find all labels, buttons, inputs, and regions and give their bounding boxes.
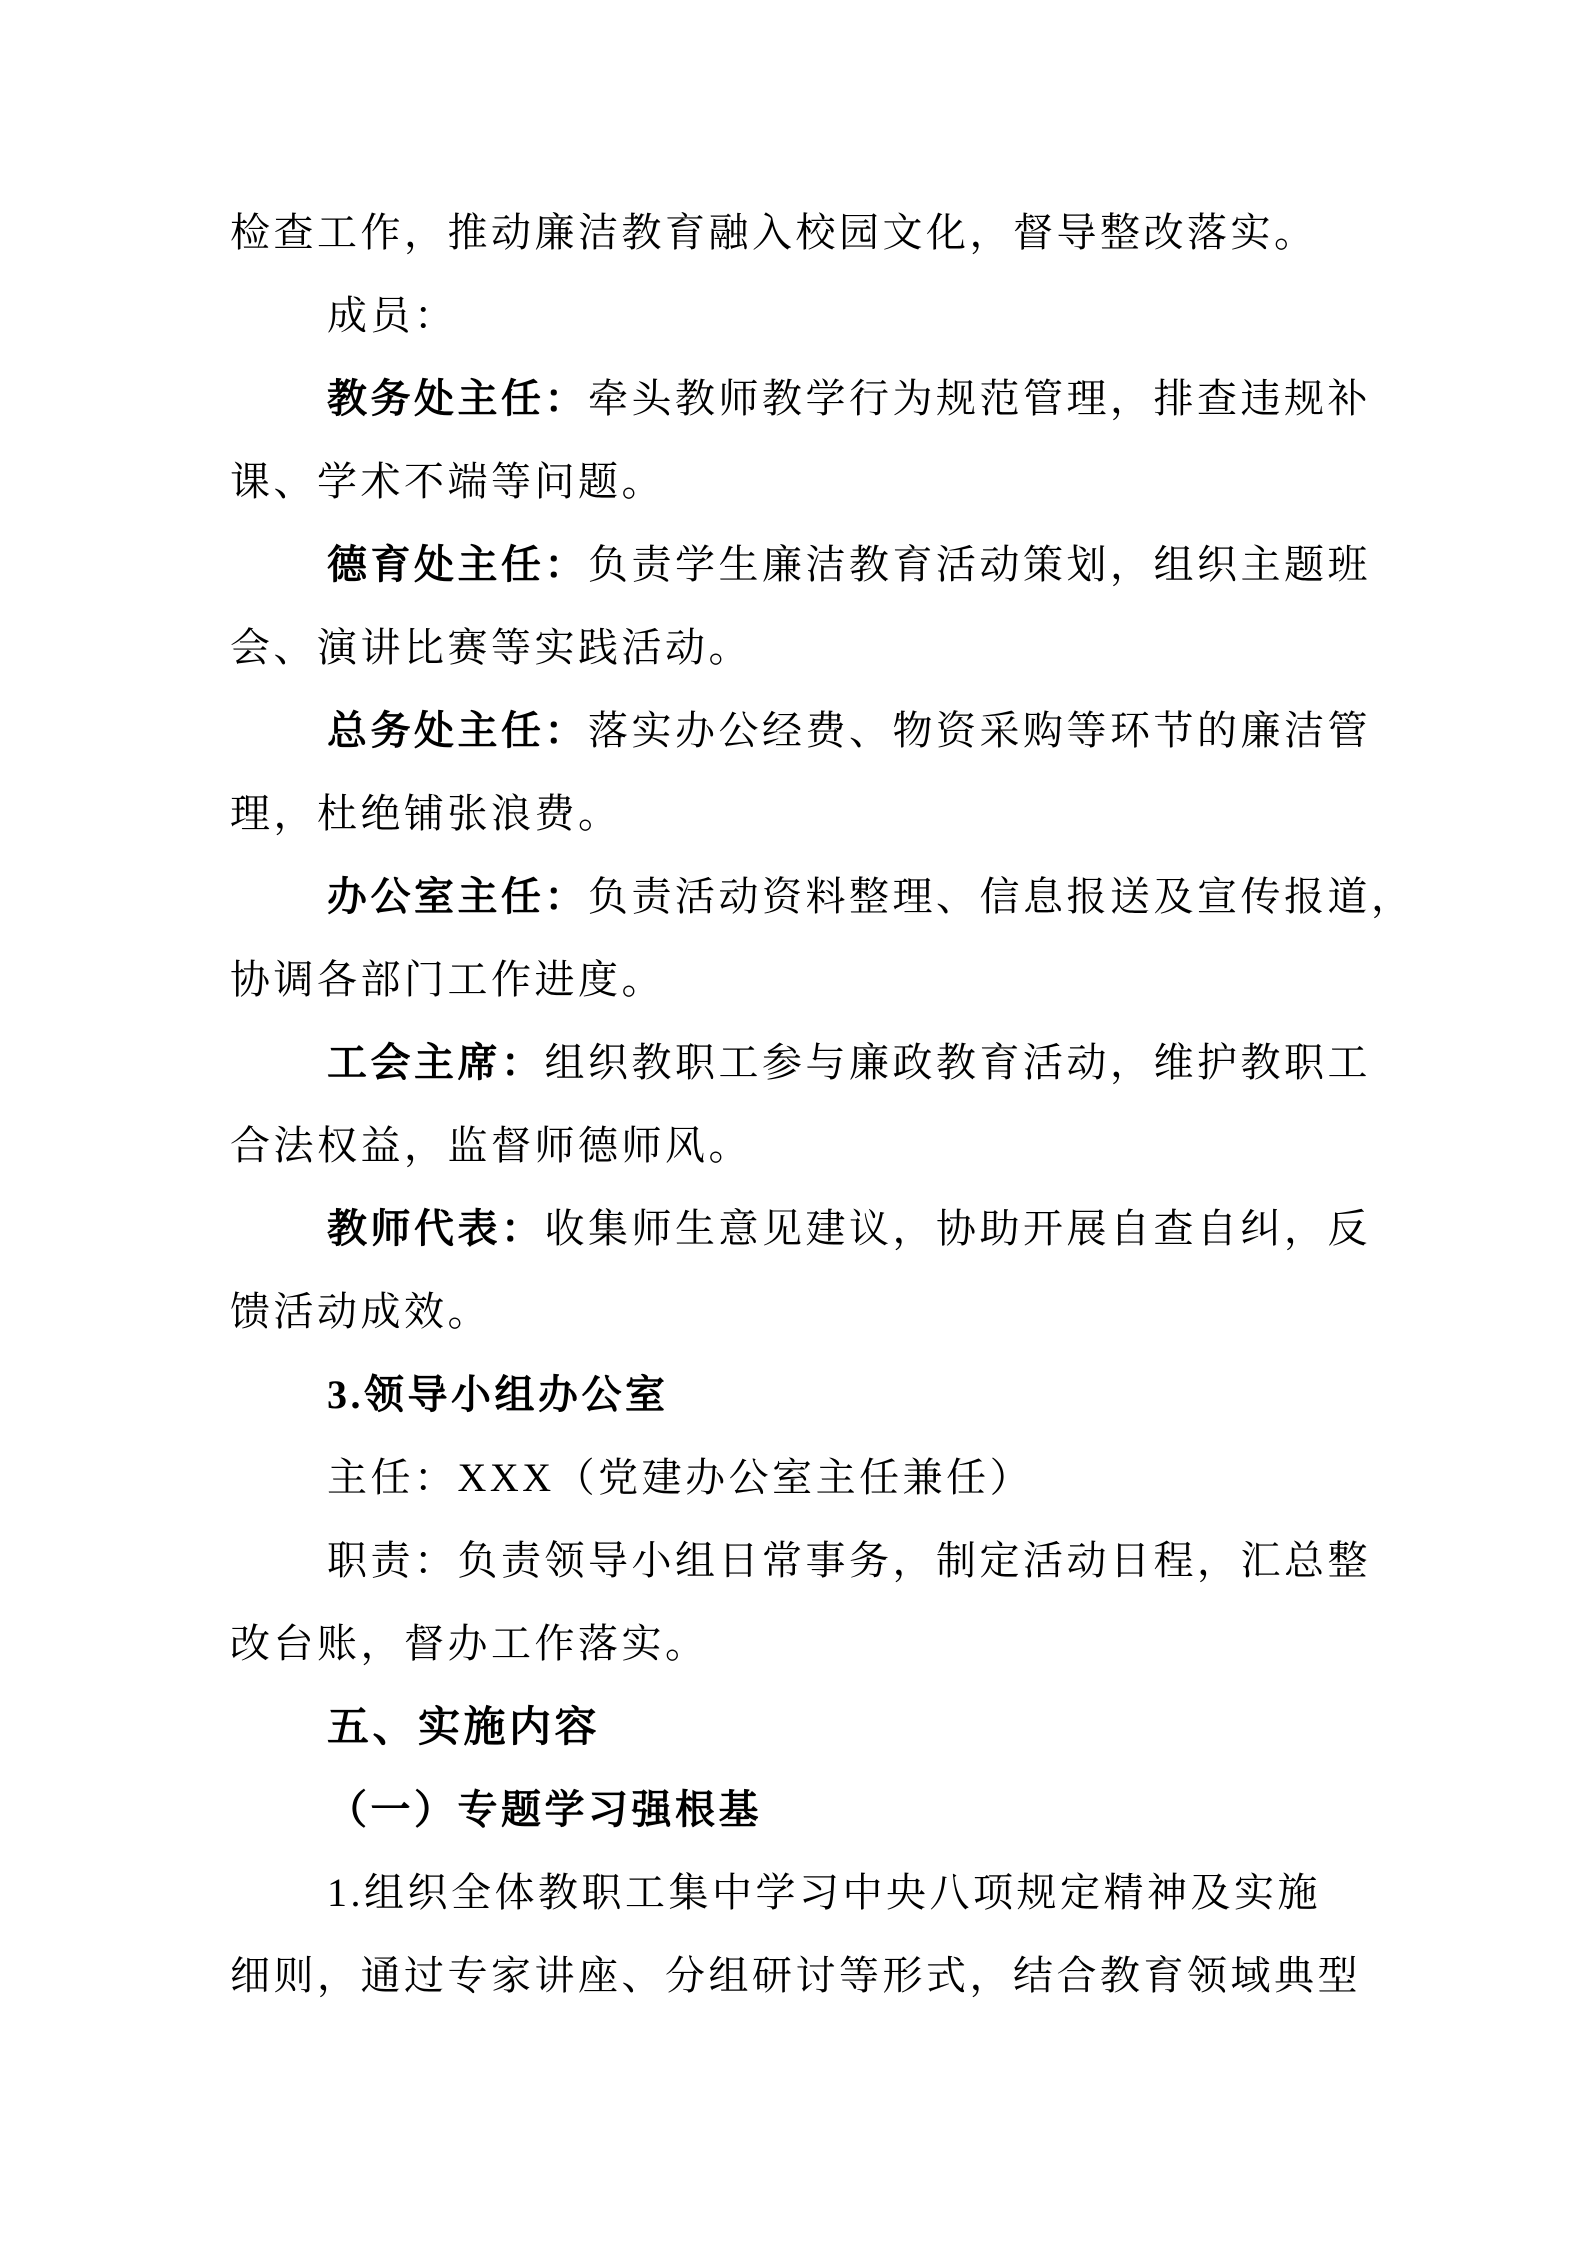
document-page: 检查工作，推动廉洁教育融入校园文化，督导整改落实。成员：教务处主任：牵头教师教学… — [0, 0, 1587, 2245]
line-label: 五、实施内容 — [327, 1703, 600, 1750]
text-line: 教师代表：收集师生意见建议，协助开展自查自纠，反 — [230, 1187, 1457, 1270]
line-label: 教师代表： — [327, 1206, 545, 1251]
line-text: 1.组织全体教职工集中学习中央八项规定精神及实施 — [327, 1870, 1321, 1915]
line-text: 职责：负责领导小组日常事务，制定活动日程，汇总整 — [327, 1538, 1371, 1583]
line-text: 负责学生廉洁教育活动策划，组织主题班 — [588, 542, 1371, 587]
line-text: 成员： — [327, 293, 458, 338]
text-line: 检查工作，推动廉洁教育融入校园文化，督导整改落实。 — [230, 191, 1457, 274]
text-line: 总务处主任：落实办公经费、物资采购等环节的廉洁管 — [230, 689, 1457, 772]
document-body: 检查工作，推动廉洁教育融入校园文化，督导整改落实。成员：教务处主任：牵头教师教学… — [230, 191, 1457, 2017]
line-label: 工会主席： — [327, 1040, 545, 1085]
text-line: 五、实施内容 — [230, 1685, 1457, 1768]
text-line: 办公室主任：负责活动资料整理、信息报送及宣传报道， — [230, 855, 1457, 938]
text-line: 成员： — [230, 274, 1457, 357]
text-line: 细则，通过专家讲座、分组研讨等形式，结合教育领域典型 — [230, 1934, 1457, 2017]
line-text: 理，杜绝铺张浪费。 — [230, 791, 622, 836]
text-line: 协调各部门工作进度。 — [230, 938, 1457, 1021]
line-label: 教务处主任： — [327, 376, 588, 421]
line-text: 收集师生意见建议，协助开展自查自纠，反 — [545, 1206, 1372, 1251]
text-line: 理，杜绝铺张浪费。 — [230, 772, 1457, 855]
text-line: 工会主席：组织教职工参与廉政教育活动，维护教职工 — [230, 1021, 1457, 1104]
line-text: 组织教职工参与廉政教育活动，维护教职工 — [545, 1040, 1372, 1085]
line-label: 办公室主任： — [327, 874, 588, 919]
line-text: 改台账，督办工作落实。 — [230, 1621, 709, 1666]
text-line: 德育处主任：负责学生廉洁教育活动策划，组织主题班 — [230, 523, 1457, 606]
line-text: 会、演讲比赛等实践活动。 — [230, 625, 752, 670]
text-line: 主任：XXX（党建办公室主任兼任） — [230, 1436, 1457, 1519]
text-line: 教务处主任：牵头教师教学行为规范管理，排查违规补 — [230, 357, 1457, 440]
line-text: 课、学术不端等问题。 — [230, 459, 665, 504]
line-text: 协调各部门工作进度。 — [230, 957, 665, 1002]
line-label: 3.领导小组办公室 — [327, 1372, 669, 1417]
line-text: 落实办公经费、物资采购等环节的廉洁管 — [588, 708, 1371, 753]
line-text: 合法权益，监督师德师风。 — [230, 1123, 752, 1168]
line-label: （一）专题学习强根基 — [327, 1787, 762, 1832]
text-line: 馈活动成效。 — [230, 1270, 1457, 1353]
line-label: 总务处主任： — [327, 708, 588, 753]
text-line: 1.组织全体教职工集中学习中央八项规定精神及实施 — [230, 1851, 1457, 1934]
text-line: 会、演讲比赛等实践活动。 — [230, 606, 1457, 689]
text-line: 课、学术不端等问题。 — [230, 440, 1457, 523]
text-line: 合法权益，监督师德师风。 — [230, 1104, 1457, 1187]
line-text: 负责活动资料整理、信息报送及宣传报道， — [588, 874, 1415, 919]
line-text: 主任：XXX（党建办公室主任兼任） — [327, 1455, 1033, 1500]
text-line: 3.领导小组办公室 — [230, 1353, 1457, 1436]
line-text: 检查工作，推动廉洁教育融入校园文化，督导整改落实。 — [230, 210, 1318, 255]
text-line: 职责：负责领导小组日常事务，制定活动日程，汇总整 — [230, 1519, 1457, 1602]
text-line: （一）专题学习强根基 — [230, 1768, 1457, 1851]
line-text: 牵头教师教学行为规范管理，排查违规补 — [588, 376, 1371, 421]
line-label: 德育处主任： — [327, 542, 588, 587]
line-text: 细则，通过专家讲座、分组研讨等形式，结合教育领域典型 — [230, 1953, 1361, 1998]
line-text: 馈活动成效。 — [230, 1289, 491, 1334]
text-line: 改台账，督办工作落实。 — [230, 1602, 1457, 1685]
